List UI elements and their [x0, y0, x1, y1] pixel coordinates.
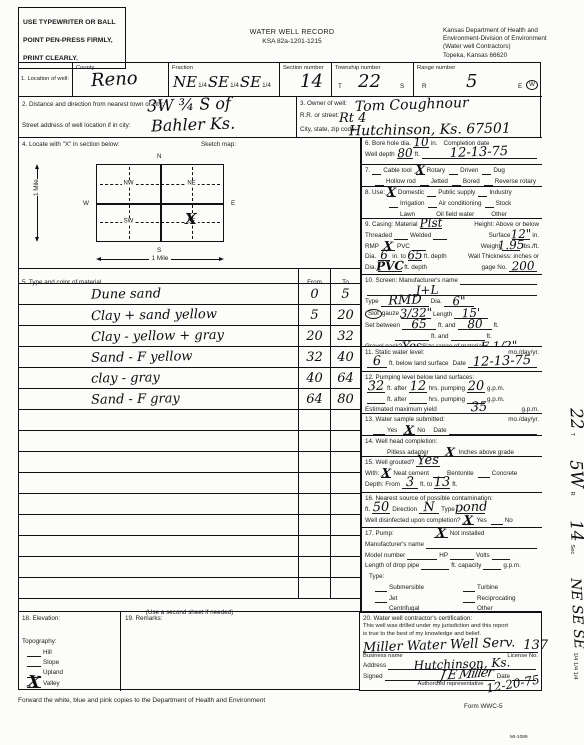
contamination-ft-label: ft.	[365, 506, 370, 514]
bore-dia-value: 10	[413, 135, 429, 150]
use-domestic: Domestic	[398, 189, 424, 197]
capacity-label: ft. capacity	[451, 562, 481, 570]
section-14-well-head: 14. Well head completion: Pitless adapte…	[361, 436, 542, 457]
pump-model-label: Model number	[365, 552, 405, 560]
margin-range: 5W R	[567, 460, 584, 495]
to-value: 64	[337, 371, 354, 386]
method-dug: Dug	[493, 167, 505, 175]
use-domestic-x: X	[386, 185, 397, 200]
agency-line: Topeka, Kansas 66620	[443, 52, 578, 60]
form-body: 1. Location of well: County Reno Fractio…	[18, 62, 541, 690]
topo-valley-x: X	[27, 671, 41, 691]
method-jetted: Jetted	[431, 178, 448, 186]
disinfected-yes-x: X	[463, 512, 474, 527]
topo-hill: Hill	[43, 649, 52, 657]
casing-surface-in: in.	[532, 232, 539, 240]
use-lawn: Lawn	[400, 211, 415, 219]
casing-label: 9. Casing: Material	[365, 221, 418, 229]
distance-label: 2. Distance and direction from nearest t…	[22, 101, 164, 109]
remarks-label: 19. Remarks:	[125, 615, 162, 623]
material-value: Sand - F yellow	[91, 350, 193, 365]
forward-copies-note: Forward the white, blue and pink copies …	[18, 697, 265, 705]
elevation-label: 18. Elevation:	[22, 615, 60, 623]
material-table-row: Clay - yellow + gray2032	[19, 326, 360, 347]
license-label: License No.	[507, 653, 538, 661]
from-value: 20	[306, 329, 323, 344]
street-address-label: Street address of well location if in ci…	[22, 122, 131, 130]
material-value: Dune sand	[91, 287, 161, 301]
form-statute: KSA 82a-1201-1215	[200, 38, 384, 47]
topo-slope: Slope	[43, 659, 59, 667]
screen-type-label: Type	[365, 298, 379, 306]
pumping-hrs-value: 12	[409, 379, 426, 395]
instruction-text: USE TYPEWRITER OR BALL POINT PEN-PRESS F…	[23, 19, 115, 62]
township-s: S	[400, 83, 404, 91]
contamination-dir-label: Direction	[392, 506, 417, 514]
fraction-dir: SE	[240, 75, 261, 90]
section-4-locate: 4. Locate with "X" in section below: Ske…	[19, 138, 361, 269]
material-table-row	[19, 536, 360, 557]
casing-depth-unit: ft. depth	[424, 253, 447, 261]
section-13-water-sample: 13. Water sample submitted: mo./day/yr. …	[361, 414, 542, 436]
section-11-static-level: 11. Static water level: mo./day/yr. 6 ft…	[361, 347, 542, 372]
pumping-gpm-label: g.p.m.	[487, 385, 505, 393]
margin-range-label: R	[567, 491, 575, 495]
section-number-value: 14	[300, 73, 323, 91]
neat-cement-x: X	[381, 465, 392, 480]
certification-line1: This well was drilled under my jurisdict…	[363, 623, 538, 631]
static-level-value: 6	[373, 354, 382, 369]
grout-to-value: 13	[434, 474, 451, 490]
owner-value: Tom Coughnour	[355, 96, 469, 114]
not-installed-label: Not installed	[450, 530, 485, 538]
from-value: 5	[310, 308, 318, 323]
material-value: Sand - F gray	[91, 392, 180, 407]
range-w-circled: W	[526, 80, 538, 90]
static-below-label: ft. below land surface	[389, 360, 449, 368]
casing-depth-value: 65	[407, 248, 423, 263]
business-name-value: Miller Water Well Serv.	[363, 637, 516, 655]
screen-and2-label: ft. and	[431, 333, 449, 341]
screen-ft-label: ft.	[494, 322, 499, 330]
pump-type-label: Type:	[369, 573, 384, 581]
use-air-conditioning: Air conditioning	[439, 200, 482, 208]
water-well-record-form: USE TYPEWRITER OR BALL POINT PEN-PRESS F…	[0, 0, 584, 745]
certification-label: 20. Water well contractor's certificatio…	[363, 615, 538, 623]
pump-turbine: Turbine	[477, 584, 498, 592]
method-rotary-x: X	[415, 163, 426, 178]
quarter-label: 1/4	[262, 82, 271, 90]
margin-township-value: 22	[566, 408, 584, 431]
rr-street-label: R.R. or street:	[300, 112, 339, 120]
signed-label: Signed	[363, 673, 383, 681]
screen-slot-label: Slot	[365, 309, 382, 319]
grouted-with-label: With:	[365, 470, 379, 478]
section-18-elevation: 18. Elevation: Topography: Hill Slope Up…	[19, 612, 121, 691]
casing-rmp-label: RMP	[365, 243, 379, 251]
distance-value: 3W ¾ S of	[147, 96, 231, 115]
pump-mfr-label: Manufacturer's name	[365, 541, 424, 549]
casing-dia2-unit: ft. depth	[404, 264, 427, 272]
grouted-value: Yes	[417, 453, 439, 469]
static-date-label: Date	[453, 360, 466, 368]
material-table-row	[19, 494, 360, 515]
material-table-row	[19, 515, 360, 536]
material-value: Clay + sand yellow	[91, 308, 217, 323]
section-10-screen: 10. Screen: Manufacturer's name J+L Type…	[361, 275, 542, 347]
section-1-location: 1. Location of well: County Reno Fractio…	[19, 63, 542, 97]
margin-quarters-value: NE SE SE	[568, 578, 584, 650]
margin-section-label: Sec	[567, 544, 575, 554]
compass-s: S	[157, 247, 161, 255]
city-label: City, state, zip code:	[300, 126, 356, 134]
address-label: Address	[363, 662, 386, 670]
margin-quarters: NE SE SE 1/4 1/4 1/4	[570, 578, 584, 679]
margin-range-value: 5W	[566, 460, 584, 489]
method-cable-tool: Cable tool	[383, 167, 411, 175]
casing-weight-value: 1.95	[498, 237, 525, 252]
well-depth-label: Well depth	[365, 151, 395, 159]
well-head-label: 14. Well head completion:	[365, 438, 437, 446]
pumping-hrs-label: hrs. pumping	[429, 385, 465, 393]
screen-label: 10. Screen: Manufacturer's name	[365, 277, 458, 285]
grout-to-label: ft. to	[420, 481, 432, 489]
bentonite-label: Bentonite	[447, 470, 474, 478]
locate-label: 4. Locate with "X" in section below:	[22, 141, 120, 149]
topo-upland: Upland	[43, 669, 63, 677]
to-value: 5	[341, 287, 349, 302]
pumping-after2-label: ft. after	[387, 396, 407, 404]
margin-township: 22 T	[567, 408, 584, 436]
method-rotary: Rotary	[427, 167, 446, 175]
screen-set-label: Set between	[365, 322, 400, 330]
drop-pipe-label: Length of drop pipe	[365, 562, 419, 570]
section-2-3-row: 2. Distance and direction from nearest t…	[19, 97, 542, 138]
use-label: 8. Use:	[365, 189, 385, 197]
material-table-rows: Dune sand05Clay + sand yellow520Clay - y…	[19, 284, 360, 599]
pumping-gpm-value: 20	[467, 379, 484, 395]
disinfected-yes: Yes	[476, 517, 486, 525]
pump-volts-label: Volts	[476, 552, 490, 560]
topo-valley: Valley	[43, 680, 60, 688]
city-value: Hutchinson, Ks. 67501	[349, 122, 511, 139]
mile-scale-vertical	[33, 164, 41, 242]
range-value: 5	[466, 73, 477, 91]
margin-location-strip: 22 T 5W R 14 Sec NE SE SE 1/4 1/4 1/4	[546, 404, 584, 736]
material-table-row	[19, 578, 360, 599]
license-value: 137	[523, 639, 548, 652]
fraction-dir: SE	[208, 75, 229, 90]
quadrant-sw: SW	[122, 219, 136, 225]
sample-no: No	[417, 427, 425, 435]
section-17-pump: 17. Pump: X Not installed Manufacturer's…	[361, 528, 542, 612]
county-value: Reno	[91, 70, 139, 90]
section-12-pumping-level: 12. Pumping level below land surfaces: 3…	[361, 372, 542, 414]
township-t: T	[338, 83, 342, 91]
agency-line: Kansas Department of Health and	[443, 27, 578, 35]
grout-depth-label: Depth: From	[365, 481, 400, 489]
material-table-row: Clay + sand yellow520	[19, 305, 360, 326]
mile-label-vertical: 1 Mile	[33, 179, 41, 196]
section-9-casing: 9. Casing: MaterialPlst Height: Above or…	[361, 219, 542, 275]
form-title: WATER WELL RECORD	[200, 27, 384, 36]
agency-line: (Water well Contractors)	[443, 43, 578, 51]
material-table-row	[19, 557, 360, 578]
agency-line: Environment-Division of Environment	[443, 35, 578, 43]
sample-date-label: Date	[433, 427, 446, 435]
section-grid-sketch: NW NE SW SE X	[96, 164, 224, 242]
material-table-row	[19, 431, 360, 452]
instruction-box: USE TYPEWRITER OR BALL POINT PEN-PRESS F…	[18, 7, 126, 69]
from-value: 0	[310, 287, 318, 302]
to-value: 32	[337, 329, 354, 344]
material-table-row: Dune sand05	[19, 284, 360, 305]
use-irrigation: Irrigation	[400, 200, 425, 208]
contamination-type-label: Type	[441, 506, 455, 514]
material-value: clay - gray	[91, 371, 160, 385]
quarter-label: 1/4	[230, 82, 239, 90]
to-value: 40	[337, 350, 354, 365]
static-date-value: 12-13-75	[473, 353, 532, 370]
section-8-use: 8. Use: XDomestic Public supply Industry…	[361, 187, 542, 219]
section-16-contamination: 16. Nearest source of possible contamina…	[361, 493, 542, 528]
pumping-ft-value: 32	[367, 379, 384, 395]
form-number: Form WWC-5	[464, 703, 502, 711]
pumping-gpm2-label: g.p.m.	[487, 396, 505, 404]
casing-material-value: Plst	[419, 216, 442, 231]
authorized-rep-label: Authorized representative	[417, 681, 483, 689]
casing-gage-value: 200	[511, 259, 534, 274]
screen-gauze-label: gauze	[382, 310, 399, 317]
screen-set-to: 80	[467, 317, 483, 332]
pump-hp-label: HP	[439, 552, 448, 560]
pump-jet: Jet	[389, 595, 397, 603]
above-grade-label: Inches above grade	[459, 449, 514, 457]
section-7-num: 7.	[365, 167, 370, 175]
section-18-19-row: 18. Elevation: Topography: Hill Slope Up…	[19, 612, 361, 691]
range-label: Range number	[417, 65, 455, 73]
method-driven: Driven	[460, 167, 478, 175]
section-19-remarks: 19. Remarks:	[121, 612, 361, 691]
casing-dia-label: Dia.	[365, 253, 376, 261]
grout-ft-label: ft.	[452, 481, 457, 489]
use-stock: Stock	[496, 200, 512, 208]
topography-label: Topography:	[22, 638, 57, 646]
fraction-dir: NE	[173, 75, 197, 90]
compass-e: E	[231, 200, 235, 208]
margin-section-value: 14	[566, 519, 584, 542]
casing-dia2-scrawl: PVC	[376, 259, 404, 274]
form-title-block: WATER WELL RECORD KSA 82a-1201-1215	[200, 27, 384, 47]
to-value: 80	[337, 392, 354, 407]
to-value: 20	[337, 308, 354, 323]
bore-in-label: in.	[431, 140, 438, 148]
screen-and-label: ft. and	[438, 322, 456, 330]
range-e: E	[518, 83, 522, 91]
margin-township-label: T	[567, 433, 575, 437]
agency-block: Kansas Department of Health and Environm…	[443, 27, 578, 60]
from-value: 40	[306, 371, 323, 386]
section-5-material-table: 5. Type and color of material From To Du…	[19, 269, 361, 612]
grout-from-value: 3	[406, 475, 415, 490]
method-reverse-rotary: Reverse rotary	[495, 178, 536, 186]
use-other: Other	[491, 211, 507, 219]
location-label: 1. Location of well:	[21, 76, 69, 84]
pumping-after-label: ft. after	[387, 385, 407, 393]
material-table-row	[19, 473, 360, 494]
concrete-label: Concrete	[492, 470, 518, 478]
casing-welded-label: Welded	[410, 232, 431, 240]
section-3-owner: 3. Owner of well: R.R. or street: City, …	[296, 97, 542, 138]
sample-yes: Yes	[387, 427, 397, 435]
material-table-row: Sand - F gray6480	[19, 389, 360, 410]
pump-submersible: Submersible	[389, 584, 424, 592]
disinfected-label: Well disinfected upon completion?	[365, 517, 460, 525]
print-code: MI-1089	[510, 735, 528, 741]
depth-ft-label: ft.	[415, 151, 420, 159]
contamination-dir-value: N	[423, 500, 435, 515]
section-2-distance: 2. Distance and direction from nearest t…	[19, 97, 296, 138]
material-table-row: Sand - F yellow3240	[19, 347, 360, 368]
use-public-supply: Public supply	[438, 189, 475, 197]
quarter-label: 1/4	[198, 82, 207, 90]
screen-set-from: 65	[411, 317, 427, 332]
range-r: R	[422, 83, 427, 91]
from-value: 32	[306, 350, 323, 365]
sample-mo-label: mo./day/yr.	[508, 416, 539, 424]
section-15-grouted: 15. Well grouted? Yes With: XNeat cement…	[361, 457, 542, 493]
township-value: 22	[358, 73, 381, 91]
material-table-row: clay - gray4064	[19, 368, 360, 389]
use-industry: Industry	[489, 189, 511, 197]
pumping-hrs2-label: hrs. pumping	[429, 396, 465, 404]
well-depth-value: 80	[397, 146, 413, 161]
pump-label: 17. Pump:	[365, 530, 394, 538]
casing-weight-unit: lbs./ft.	[522, 243, 539, 251]
casing-gage-label: gage No.	[481, 264, 507, 272]
material-table-row	[19, 410, 360, 431]
sketch-map-label: Sketch map:	[201, 141, 236, 149]
section-20-certification: 20. Water well contractor's certificatio…	[359, 612, 542, 691]
fraction-value: NE1/4 SE1/4 SE1/4	[173, 75, 271, 90]
section-6-bore-hole: 6. Bore hole dia. 10 in. Completion date…	[361, 138, 542, 165]
pump-gpm-label: g.p.m.	[503, 562, 521, 570]
casing-dia2-label: Dia.	[365, 264, 376, 272]
margin-quarters-label: 1/4 1/4 1/4	[570, 652, 578, 679]
material-table-row	[19, 452, 360, 473]
completion-date-value: 12-13-75	[450, 144, 509, 161]
margin-section: 14 Sec	[567, 520, 584, 555]
quadrant-ne: NE	[185, 181, 197, 187]
screen-length-label: Length	[433, 311, 452, 319]
quadrant-nw: NW	[122, 181, 136, 187]
well-location-x-mark: X	[185, 212, 197, 227]
mile-scale-horizontal: 1 Mile	[96, 255, 224, 263]
from-value: 64	[306, 392, 323, 407]
screen-dia-label: Dia.	[431, 298, 442, 306]
fraction-label: Fraction	[172, 65, 193, 73]
owner-label: 3. Owner of well:	[300, 100, 347, 108]
pump-not-installed-x: X	[435, 526, 446, 541]
contamination-ft-value: 50	[373, 500, 390, 516]
method-bored: Bored	[463, 178, 480, 186]
mile-label-horizontal: 1 Mile	[149, 255, 172, 263]
town-value: Bahler Ks.	[151, 116, 236, 135]
compass-n: N	[157, 153, 162, 161]
disinfected-no: No	[505, 517, 513, 525]
compass-w: W	[83, 200, 89, 208]
material-value: Clay - yellow + gray	[91, 329, 224, 344]
pump-reciprocating: Reciprocating	[477, 595, 516, 603]
